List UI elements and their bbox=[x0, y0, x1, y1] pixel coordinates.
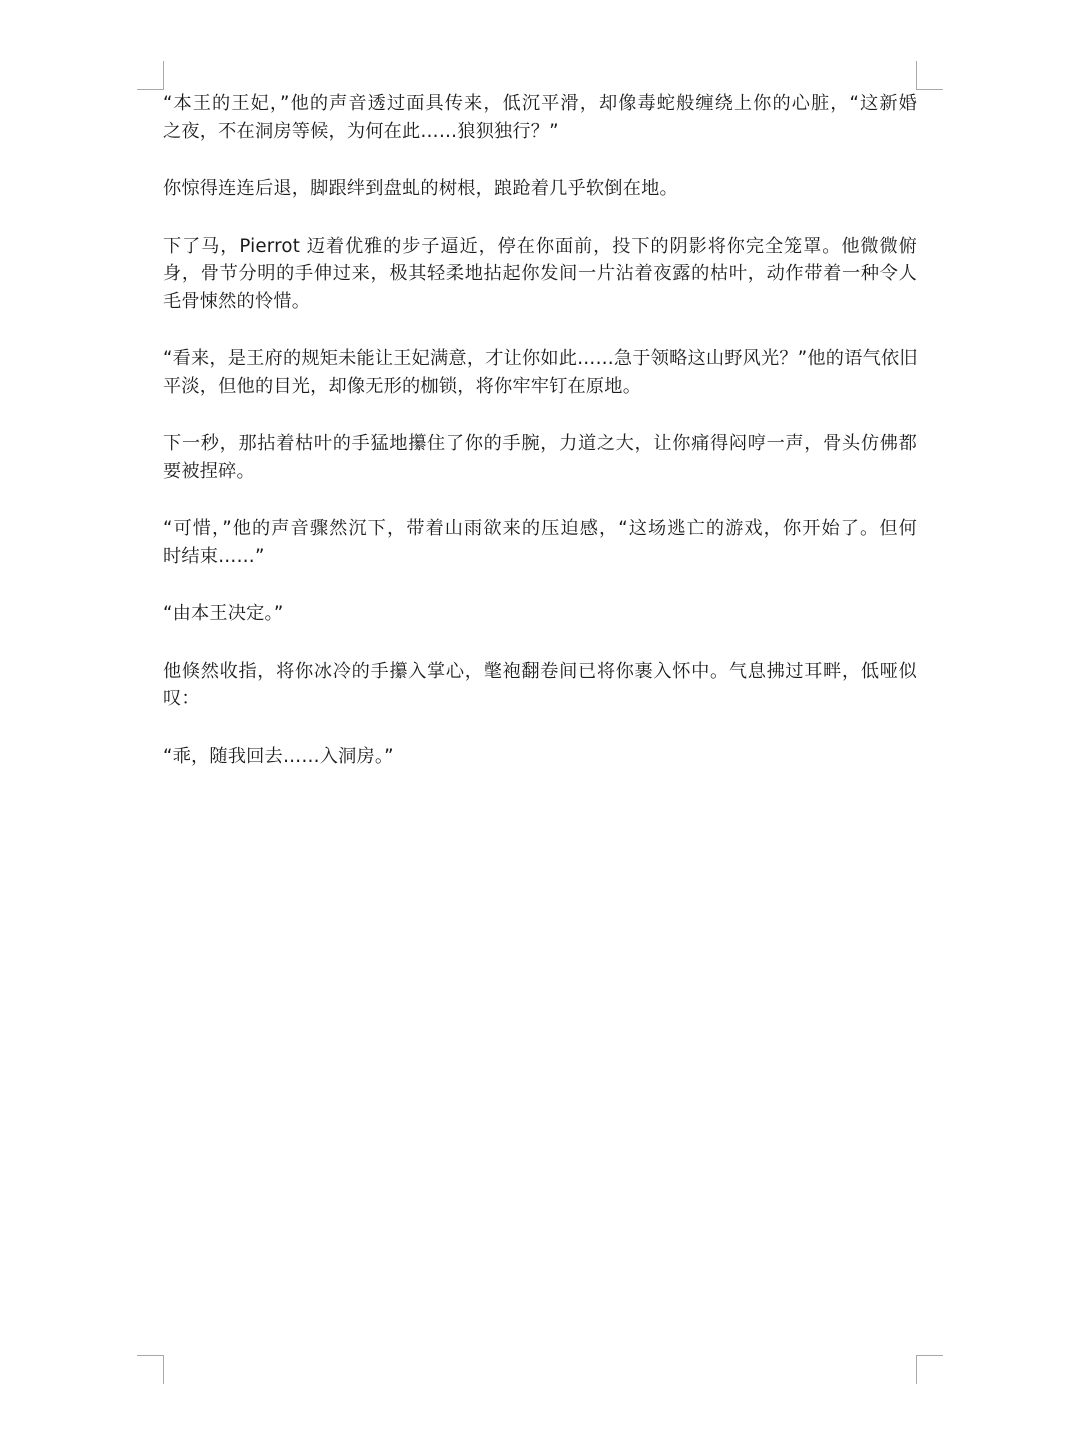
text-line: 下一秒，那拈着枯叶的手猛地攥住了你的手腕，力道之大，让你痛得闷哼一声，骨头仿佛都 bbox=[163, 430, 917, 458]
crop-mark-top-left bbox=[137, 61, 164, 90]
text-line: 毛骨悚然的怜惜。 bbox=[163, 288, 917, 316]
paragraph-3: 下了马，Pierrot 迈着优雅的步子逼近，停在你面前，投下的阴影将你完全笼罩。… bbox=[163, 233, 917, 316]
paragraph-2: 你惊得连连后退，脚跟绊到盘虬的树根，踉跄着几乎软倒在地。 bbox=[163, 175, 917, 203]
paragraph-5: 下一秒，那拈着枯叶的手猛地攥住了你的手腕，力道之大，让你痛得闷哼一声，骨头仿佛都… bbox=[163, 430, 917, 485]
crop-mark-bottom-right bbox=[916, 1355, 943, 1384]
text-line: 时结束……” bbox=[163, 543, 917, 571]
paragraph-1: “本王的王妃，”他的声音透过面具传来，低沉平滑，却像毒蛇般缠绕上你的心脏，“这新… bbox=[163, 90, 917, 145]
text-line: “由本王决定。” bbox=[163, 600, 917, 628]
text-line: 要被捏碎。 bbox=[163, 458, 917, 486]
paragraph-8: 他倏然收指，将你冰冷的手攥入掌心，氅袍翻卷间已将你裹入怀中。气息拂过耳畔，低哑似… bbox=[163, 658, 917, 713]
text-line: 叹： bbox=[163, 685, 917, 713]
text-line: “本王的王妃，”他的声音透过面具传来，低沉平滑，却像毒蛇般缠绕上你的心脏，“这新… bbox=[163, 90, 917, 118]
text-line: “看来，是王府的规矩未能让王妃满意，才让你如此……急于领略这山野风光？”他的语气… bbox=[163, 345, 917, 373]
paragraph-7: “由本王决定。” bbox=[163, 600, 917, 628]
text-line: 平淡，但他的目光，却像无形的枷锁，将你牢牢钉在原地。 bbox=[163, 373, 917, 401]
crop-mark-bottom-left bbox=[137, 1355, 164, 1384]
document-page: “本王的王妃，”他的声音透过面具传来，低沉平滑，却像毒蛇般缠绕上你的心脏，“这新… bbox=[0, 0, 1080, 1440]
text-line: “乖，随我回去……入洞房。” bbox=[163, 743, 917, 771]
text-line: 下了马，Pierrot 迈着优雅的步子逼近，停在你面前，投下的阴影将你完全笼罩。… bbox=[163, 233, 917, 261]
text-line: 身，骨节分明的手伸过来，极其轻柔地拈起你发间一片沾着夜露的枯叶，动作带着一种令人 bbox=[163, 260, 917, 288]
text-line: 你惊得连连后退，脚跟绊到盘虬的树根，踉跄着几乎软倒在地。 bbox=[163, 175, 917, 203]
paragraph-4: “看来，是王府的规矩未能让王妃满意，才让你如此……急于领略这山野风光？”他的语气… bbox=[163, 345, 917, 400]
text-line: 他倏然收指，将你冰冷的手攥入掌心，氅袍翻卷间已将你裹入怀中。气息拂过耳畔，低哑似 bbox=[163, 658, 917, 686]
document-body[interactable]: “本王的王妃，”他的声音透过面具传来，低沉平滑，却像毒蛇般缠绕上你的心脏，“这新… bbox=[163, 90, 917, 800]
crop-mark-top-right bbox=[916, 61, 943, 90]
paragraph-6: “可惜，”他的声音骤然沉下，带着山雨欲来的压迫感，“这场逃亡的游戏，你开始了。但… bbox=[163, 515, 917, 570]
text-line: 之夜，不在洞房等候，为何在此……狼狈独行？” bbox=[163, 118, 917, 146]
text-line: “可惜，”他的声音骤然沉下，带着山雨欲来的压迫感，“这场逃亡的游戏，你开始了。但… bbox=[163, 515, 917, 543]
paragraph-9: “乖，随我回去……入洞房。” bbox=[163, 743, 917, 771]
